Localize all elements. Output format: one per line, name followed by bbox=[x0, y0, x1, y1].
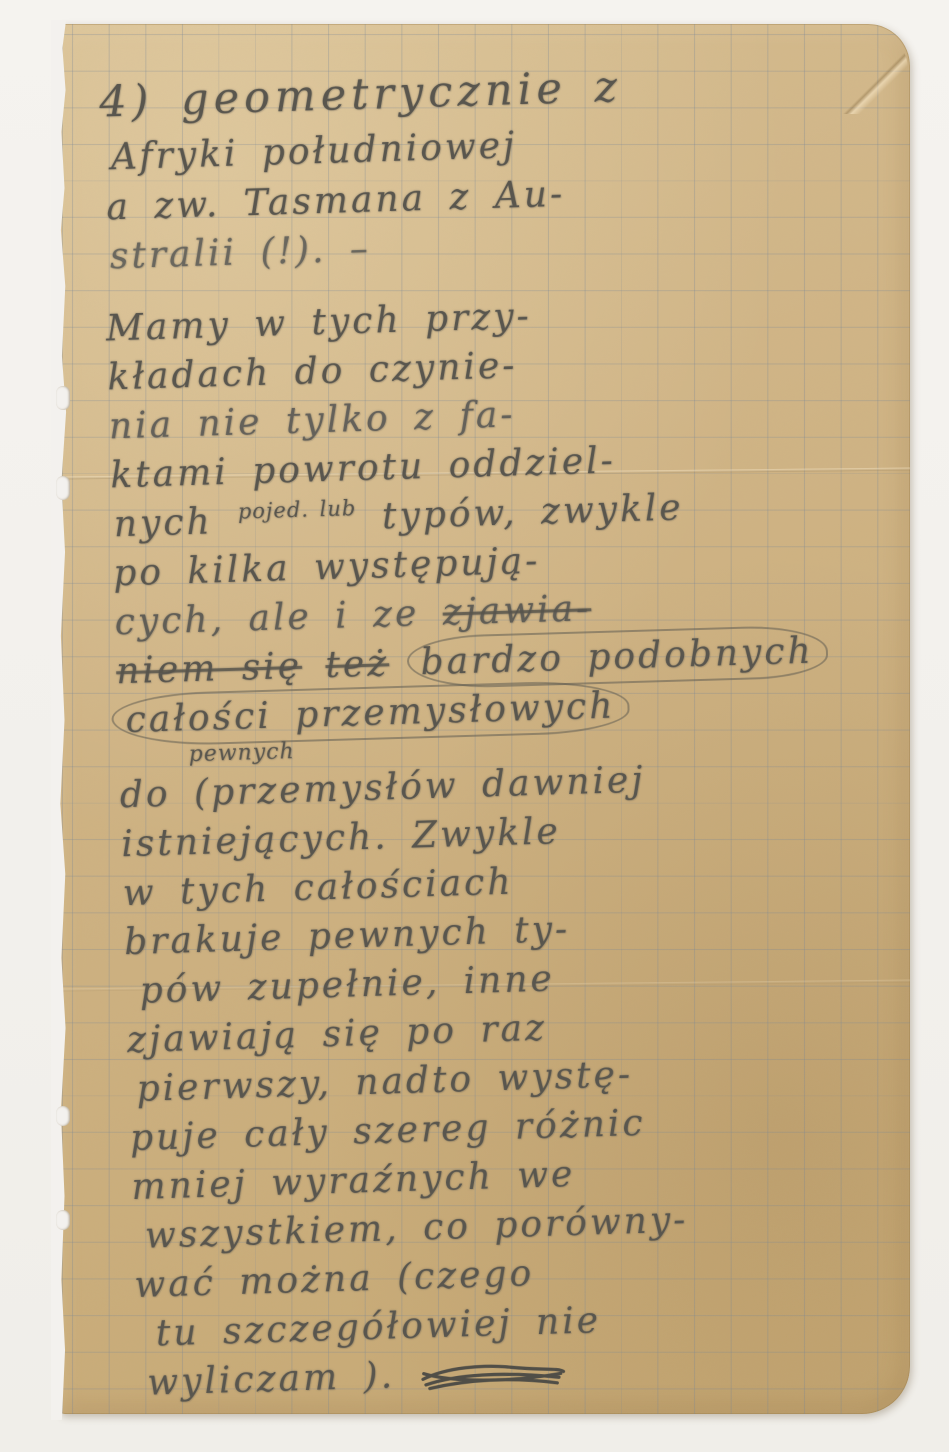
handwritten-text bbox=[301, 645, 326, 687]
handwritten-text: Afryki południowej bbox=[110, 125, 517, 178]
handwritten-text: cych, ale i ze bbox=[114, 593, 443, 644]
handwritten-text: stralii (!). – bbox=[109, 229, 371, 278]
handwritten-text: 4) geometrycznie z bbox=[99, 62, 623, 127]
handwritten-text: po kilka występują- bbox=[113, 541, 541, 595]
handwritten-text: w tych całościach bbox=[122, 862, 514, 915]
handwriting-lines: 4) geometrycznie zAfryki południoweja zw… bbox=[98, 49, 899, 1405]
scribbled-out-word bbox=[418, 1356, 569, 1392]
handwritten-text: wyliczam ). bbox=[147, 1355, 419, 1404]
inserted-text: pojed. lub bbox=[237, 496, 356, 524]
notebook-page: 4) geometrycznie zAfryki południoweja zw… bbox=[58, 24, 910, 1414]
handwritten-text: Mamy w tych przy- bbox=[105, 296, 532, 350]
handwritten-text: wać można (czego bbox=[134, 1253, 535, 1306]
stitch-hole bbox=[56, 1210, 70, 1230]
stitch-hole bbox=[56, 476, 70, 500]
handwritten-text: kładach do czynie- bbox=[107, 345, 518, 398]
stitch-hole bbox=[56, 386, 70, 410]
handwritten-text: a zw. Tasmana z Au- bbox=[106, 174, 566, 229]
handwritten-text: typów, zwykle bbox=[358, 487, 684, 538]
struck-text: zjawia- bbox=[442, 588, 592, 633]
handwritten-text: pewnych bbox=[188, 739, 295, 767]
struck-text: niem się bbox=[116, 646, 303, 692]
handwritten-text: nia nie tylko z fa- bbox=[108, 394, 516, 447]
handwritten-text: pów zupełnie, inne bbox=[139, 958, 555, 1011]
struck-text: też bbox=[325, 643, 390, 686]
handwritten-text: zjawiają się po raz bbox=[127, 1008, 548, 1061]
stitch-hole bbox=[56, 1106, 70, 1126]
handwritten-text: nych bbox=[113, 501, 236, 546]
